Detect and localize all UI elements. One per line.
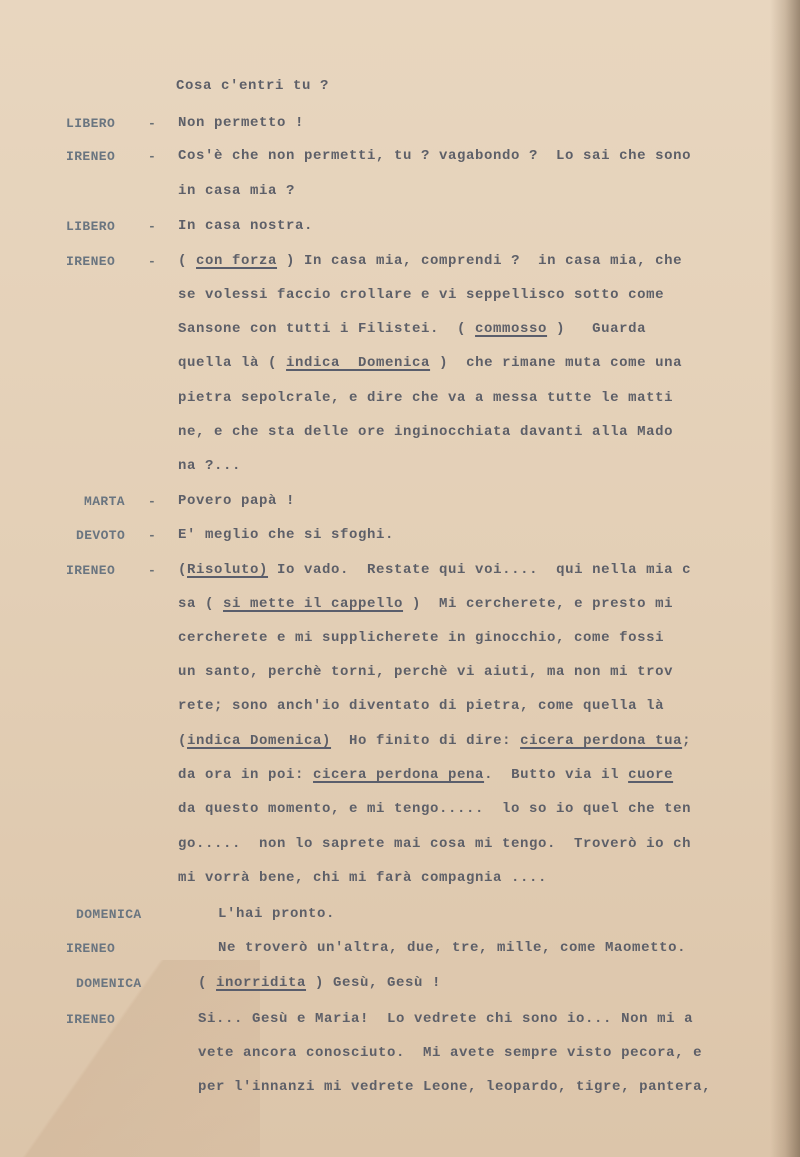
text-line: go..... non lo saprete mai cosa mi tengo…: [178, 836, 691, 852]
dialogue-line: Si... Gesù e Maria! Lo vedrete chi sono …: [198, 1011, 693, 1027]
speaker-name: DOMENICA: [76, 907, 142, 922]
dialogue-line: (Risoluto) Io vado. Restate qui voi.... …: [178, 562, 691, 578]
text-segment: Sansone con tutti i Filistei. (: [178, 321, 475, 337]
speaker-name: DOMENICA: [76, 976, 142, 991]
speaker-name: IRENEO: [66, 941, 115, 956]
speaker-dash: -: [148, 219, 156, 234]
text-segment: sa (: [178, 596, 223, 612]
speaker-name: IRENEO: [66, 254, 115, 269]
speaker-dash: -: [148, 563, 156, 578]
speaker-dash: -: [148, 116, 156, 131]
text-line: (indica Domenica) Ho finito di dire: cic…: [178, 733, 691, 749]
dialogue-line: Cos'è che non permetti, tu ? vagabondo ?…: [178, 148, 691, 164]
speaker-dash: -: [148, 494, 156, 509]
dialogue-line: L'hai pronto.: [218, 906, 335, 922]
dialogue-line: E' meglio che si sfoghi.: [178, 527, 394, 543]
text-line: cercherete e mi supplicherete in ginocch…: [178, 630, 664, 646]
text-line: per l'innanzi mi vedrete Leone, leopardo…: [198, 1079, 711, 1095]
text-line: pietra sepolcrale, e dire che va a messa…: [178, 390, 673, 406]
dialogue-line: Non permetto !: [178, 115, 304, 131]
stage-direction: Risoluto): [187, 562, 268, 578]
stage-direction: con forza: [196, 253, 277, 269]
speaker-name: LIBERO: [66, 219, 115, 234]
stage-direction: cuore: [628, 767, 673, 783]
document-page: Cosa c'entri tu ?LIBERO-Non permetto !IR…: [0, 0, 800, 1157]
text-segment: Ho finito di dire:: [331, 733, 520, 749]
text-segment: (: [178, 253, 196, 269]
speaker-dash: -: [148, 528, 156, 543]
text-line: Cosa c'entri tu ?: [176, 78, 329, 94]
text-line: rete; sono anch'io diventato di pietra, …: [178, 698, 664, 714]
text-line: da ora in poi: cicera perdona pena. Butt…: [178, 767, 673, 783]
stage-direction: si mette il cappello: [223, 596, 403, 612]
text-segment: . Butto via il: [484, 767, 628, 783]
text-line: Sansone con tutti i Filistei. ( commosso…: [178, 321, 646, 337]
stage-direction: inorridita: [216, 975, 306, 991]
text-line: se volessi faccio crollare e vi seppelli…: [178, 287, 664, 303]
text-segment: ) In casa mia, comprendi ? in casa mia, …: [277, 253, 682, 269]
speaker-name: IRENEO: [66, 149, 115, 164]
stage-direction: commosso: [475, 321, 547, 337]
text-segment: ) che rimane muta come una: [430, 355, 682, 371]
text-segment: ) Guarda: [547, 321, 646, 337]
speaker-dash: -: [148, 149, 156, 164]
text-segment: (: [178, 562, 187, 578]
text-segment: quella là (: [178, 355, 286, 371]
dialogue-line: ( inorridita ) Gesù, Gesù !: [198, 975, 441, 991]
speaker-name: IRENEO: [66, 1012, 115, 1027]
stage-direction: cicera perdona tua: [520, 733, 682, 749]
dialogue-line: ( con forza ) In casa mia, comprendi ? i…: [178, 253, 682, 269]
stage-direction: indica Domenica: [286, 355, 430, 371]
text-line: ne, e che sta delle ore inginocchiata da…: [178, 424, 673, 440]
text-line: un santo, perchè torni, perchè vi aiuti,…: [178, 664, 673, 680]
text-line: sa ( si mette il cappello ) Mi cercheret…: [178, 596, 673, 612]
stage-direction: cicera perdona pena: [313, 767, 484, 783]
dialogue-line: In casa nostra.: [178, 218, 313, 234]
text-line: in casa mia ?: [178, 183, 295, 199]
text-line: mi vorrà bene, chi mi farà compagnia ...…: [178, 870, 547, 886]
text-segment: (: [198, 975, 216, 991]
speaker-name: LIBERO: [66, 116, 115, 131]
text-segment: ) Gesù, Gesù !: [306, 975, 441, 991]
text-segment: ) Mi cercherete, e presto mi: [403, 596, 673, 612]
dialogue-line: Ne troverò un'altra, due, tre, mille, co…: [218, 940, 686, 956]
speaker-name: MARTA: [84, 494, 125, 509]
text-line: vete ancora conosciuto. Mi avete sempre …: [198, 1045, 702, 1061]
text-line: da questo momento, e mi tengo..... lo so…: [178, 801, 691, 817]
text-segment: (: [178, 733, 187, 749]
speaker-name: IRENEO: [66, 563, 115, 578]
dialogue-line: Povero papà !: [178, 493, 295, 509]
text-line: na ?...: [178, 458, 241, 474]
text-segment: Io vado. Restate qui voi.... qui nella m…: [268, 562, 691, 578]
speaker-name: DEVOTO: [76, 528, 125, 543]
stage-direction: indica Domenica): [187, 733, 331, 749]
text-segment: ;: [682, 733, 691, 749]
text-segment: da ora in poi:: [178, 767, 313, 783]
speaker-dash: -: [148, 254, 156, 269]
text-line: quella là ( indica Domenica ) che rimane…: [178, 355, 682, 371]
